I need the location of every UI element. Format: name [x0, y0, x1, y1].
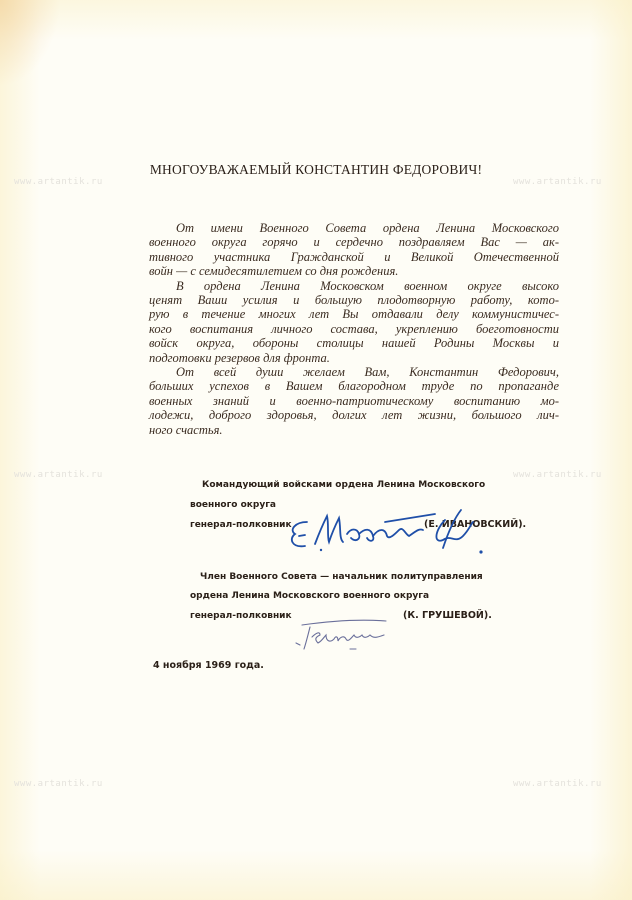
letter-line: подготовки резервов для фронта.	[149, 351, 559, 365]
letter-line: войн — с семидесятилетием со дня рождени…	[149, 264, 559, 278]
letter-line: больших успехов в Вашем благородном труд…	[149, 379, 559, 393]
letter-line: рую в течение многих лет Вы отдавали дел…	[149, 307, 559, 321]
letter-line: В ордена Ленина Московском военном округ…	[176, 279, 559, 293]
document-date: 4 ноября 1969 года.	[153, 660, 264, 671]
signatory-2-name: (К. ГРУШЕВОЙ).	[403, 610, 492, 621]
watermark: www.artantik.ru	[513, 177, 602, 187]
watermark: www.artantik.ru	[513, 779, 602, 789]
salutation: МНОГОУВАЖАЕМЫЙ КОНСТАНТИН ФЕДОРОВИЧ!	[0, 162, 632, 178]
letter-line: тивного участника Гражданской и Великой …	[149, 250, 559, 264]
signatory-2-title-line-1: Член Военного Совета — начальник политуп…	[200, 572, 483, 582]
letter-line: От имени Военного Совета ордена Ленина М…	[176, 221, 559, 235]
signature-1	[285, 500, 485, 560]
watermark: www.artantik.ru	[513, 470, 602, 480]
signatory-1-rank: генерал-полковник	[190, 520, 292, 530]
letter-line: ного счастья.	[149, 423, 559, 437]
signature-2	[290, 615, 410, 655]
letter-line: кого воспитания личного состава, укрепле…	[149, 322, 559, 336]
signatory-2-title-line-2: ордена Ленина Московского военного округ…	[190, 591, 429, 601]
document-page: www.artantik.ru www.artantik.ru www.arta…	[0, 0, 632, 900]
letter-line: ценят Ваши усилия и большую плодотворную…	[149, 293, 559, 307]
letter-line: От всей души желаем Вам, Константин Федо…	[176, 365, 559, 379]
watermark: www.artantik.ru	[14, 470, 103, 480]
signatory-2-rank: генерал-полковник	[190, 611, 292, 621]
letter-line: войск округа, обороны столицы нашей Роди…	[149, 336, 559, 350]
signatory-1-title-line-2: военного округа	[190, 500, 276, 510]
watermark: www.artantik.ru	[14, 177, 103, 187]
signatory-1-title-line-1: Командующий войсками ордена Ленина Моско…	[202, 480, 485, 490]
letter-line: лодежи, доброго здоровья, долгих лет жиз…	[149, 408, 559, 422]
letter-line: военного округа горячо и сердечно поздра…	[149, 235, 559, 249]
letter-body: От имени Военного Совета ордена Ленина М…	[176, 221, 559, 437]
watermark: www.artantik.ru	[14, 779, 103, 789]
letter-line: военных знаний и военно-патриотическому …	[149, 394, 559, 408]
